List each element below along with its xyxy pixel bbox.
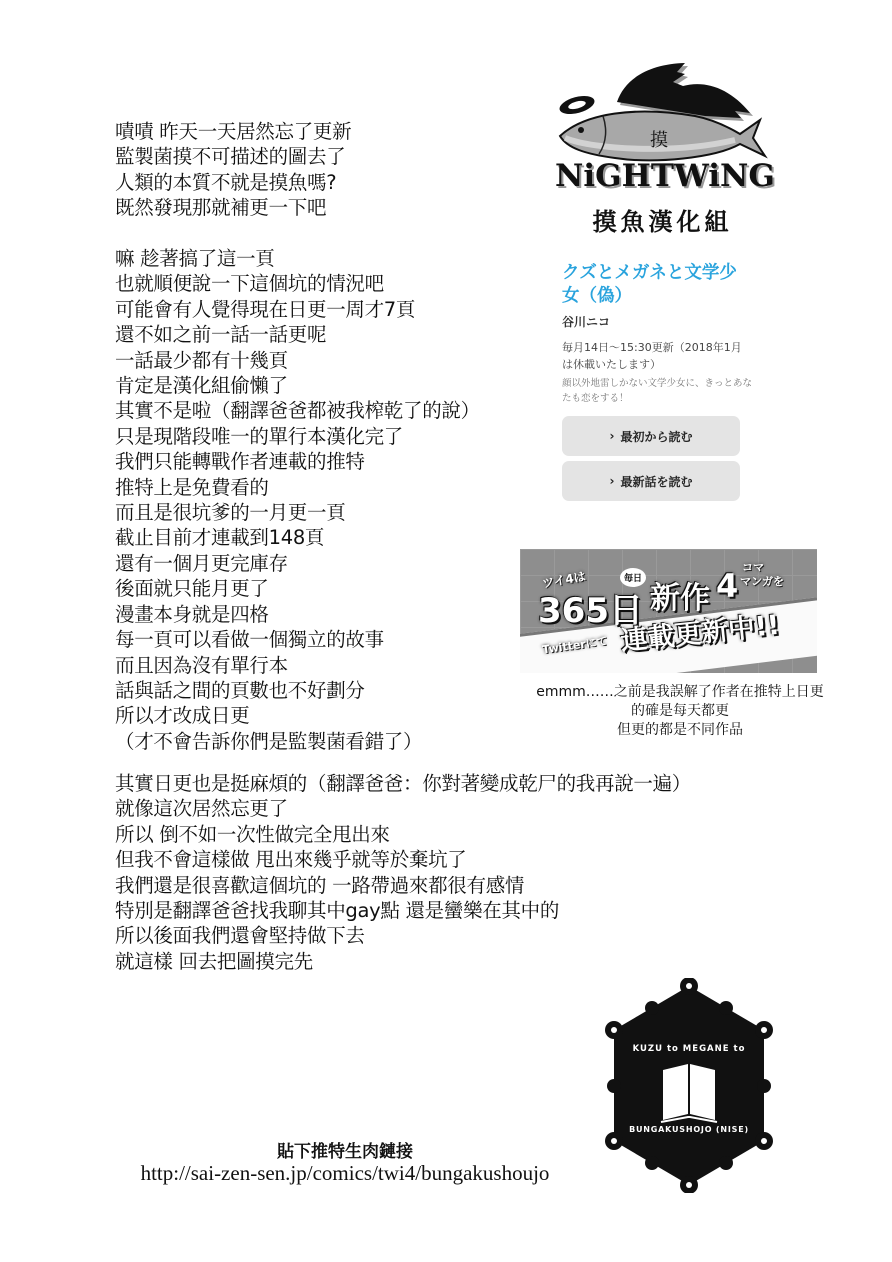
text-line: 其實日更也是挺麻煩的（翻譯爸爸：你對著變成乾尸的我再說一遍）	[115, 771, 775, 796]
text-line: （才不會告訴你們是監製菌看錯了）	[115, 729, 555, 754]
text-line: 話與話之間的頁數也不好劃分	[115, 678, 555, 703]
source-link[interactable]: http://sai-zen-sen.jp/comics/twi4/bungak…	[95, 1161, 595, 1186]
text-line: 特別是翻譯爸爸找我聊其中gay點 還是蠻樂在其中的	[115, 898, 775, 923]
update-schedule: 毎月14日～15:30更新（2018年1月は休載いたします）	[562, 339, 752, 373]
series-emblem: KUZU to MEGANE to BUNGAKUSHOJO (NISE)	[604, 978, 774, 1193]
svg-text:摸: 摸	[650, 130, 668, 151]
text-line: 每一頁可以看做一個獨立的故事	[115, 627, 555, 652]
text-line: 推特上是免費看的	[115, 475, 555, 500]
text-line: 所以才改成日更	[115, 703, 555, 728]
chevron-right-icon: ›	[610, 429, 615, 443]
caption-line: 但更的都是不同作品	[505, 721, 855, 740]
footer-title: 貼下推特生肉鏈接	[95, 1137, 595, 1162]
emblem-top-text: KUZU to MEGANE to	[604, 1044, 774, 1054]
text-line: 截止目前才連載到148頁	[115, 525, 555, 550]
button-label: 最初から読む	[620, 428, 692, 445]
chevron-right-icon: ›	[610, 474, 615, 488]
text-line: 還有一個月更完庫存	[115, 551, 555, 576]
text-line: 可能會有人覺得現在日更一周才7頁	[115, 297, 555, 322]
text-line: 一話最少都有十幾頁	[115, 348, 555, 373]
manga-info-card: クズとメガネと文学少女（偽） 谷川ニコ 毎月14日～15:30更新（2018年1…	[562, 262, 752, 406]
text-line: 肯定是漢化組偷懶了	[115, 373, 555, 398]
read-latest-button[interactable]: › 最新話を読む	[562, 461, 740, 501]
text-line: 也就順便說一下這個坑的情況吧	[115, 271, 555, 296]
text-line: 既然發現那就補更一下吧	[115, 195, 555, 220]
banner-four: 4	[716, 567, 738, 605]
paragraph-gap	[115, 221, 555, 246]
scanlation-group-logo: 摸 NiGHTWiNG 摸魚漢化組	[555, 58, 775, 238]
paragraph-2: 嘛 趁著搞了這一頁 也就順便說一下這個坑的情況吧 可能會有人覺得現在日更一周才7…	[115, 246, 555, 754]
paragraph-1: 嘖嘖 昨天一天居然忘了更新 監製菌摸不可描述的圖去了 人類的本質不就是摸魚嗎? …	[115, 119, 555, 221]
text-line: 還不如之前一話一話更呢	[115, 322, 555, 347]
text-line: 我們還是很喜歡這個坑的 一路帶過來都很有感情	[115, 873, 775, 898]
text-line: 所以 倒不如一次性做完全甩出來	[115, 822, 775, 847]
logo-title: NiGHTWiNG	[555, 158, 770, 194]
banner-manga: マンガを	[740, 573, 784, 589]
read-from-first-button[interactable]: › 最初から読む	[562, 416, 740, 456]
text-line: 我們只能轉戰作者連載的推特	[115, 449, 555, 474]
text-line: 就像這次居然忘更了	[115, 796, 775, 821]
button-label: 最新話を読む	[620, 473, 692, 490]
manga-description: 顔以外地雷しかない文学少女に、きっとあなたも恋をする！	[562, 376, 752, 406]
paragraph-3: 其實日更也是挺麻煩的（翻譯爸爸：你對著變成乾尸的我再說一遍） 就像這次居然忘更了…	[115, 771, 775, 974]
logo-subtitle: 摸魚漢化組	[555, 202, 770, 237]
emblem-bottom-text: BUNGAKUSHOJO (NISE)	[604, 1125, 774, 1134]
winged-fish-icon: 摸	[555, 58, 775, 168]
caption-line: emmm……之前是我誤解了作者在推特上日更	[505, 683, 855, 702]
manga-author: 谷川ニコ	[562, 313, 752, 330]
text-line: 其實不是啦（翻譯爸爸都被我榨乾了的說）	[115, 398, 555, 423]
text-line: 漫畫本身就是四格	[115, 602, 555, 627]
text-line: 只是現階段唯一的單行本漢化完了	[115, 424, 555, 449]
banner-caption: emmm……之前是我誤解了作者在推特上日更 的確是每天都更 但更的都是不同作品	[505, 683, 855, 740]
text-line: 但我不會這樣做 甩出來幾乎就等於棄坑了	[115, 847, 775, 872]
caption-line: 的確是每天都更	[505, 702, 855, 721]
text-line: 而且是很坑爹的一月更一頁	[115, 500, 555, 525]
text-line: 嘛 趁著搞了這一頁	[115, 246, 555, 271]
text-line: 所以後面我們還會堅持做下去	[115, 923, 775, 948]
text-line: 後面就只能月更了	[115, 576, 555, 601]
text-line: 嘖嘖 昨天一天居然忘了更新	[115, 119, 555, 144]
commentary-text: 嘖嘖 昨天一天居然忘了更新 監製菌摸不可描述的圖去了 人類的本質不就是摸魚嗎? …	[115, 119, 555, 754]
text-line: 人類的本質不就是摸魚嗎?	[115, 170, 555, 195]
text-line: 就這樣 回去把圖摸完先	[115, 949, 775, 974]
twi4-banner[interactable]: ツイ4は 365日 新作 4 コマ マンガを Twitterにて 連載更新中!!	[520, 549, 817, 673]
daily-badge: 毎日	[620, 568, 646, 587]
text-line: 而且因為沒有單行本	[115, 653, 555, 678]
text-line: 監製菌摸不可描述的圖去了	[115, 144, 555, 169]
manga-title[interactable]: クズとメガネと文学少女（偽）	[562, 262, 752, 308]
lace-hexagon-icon	[604, 978, 774, 1193]
